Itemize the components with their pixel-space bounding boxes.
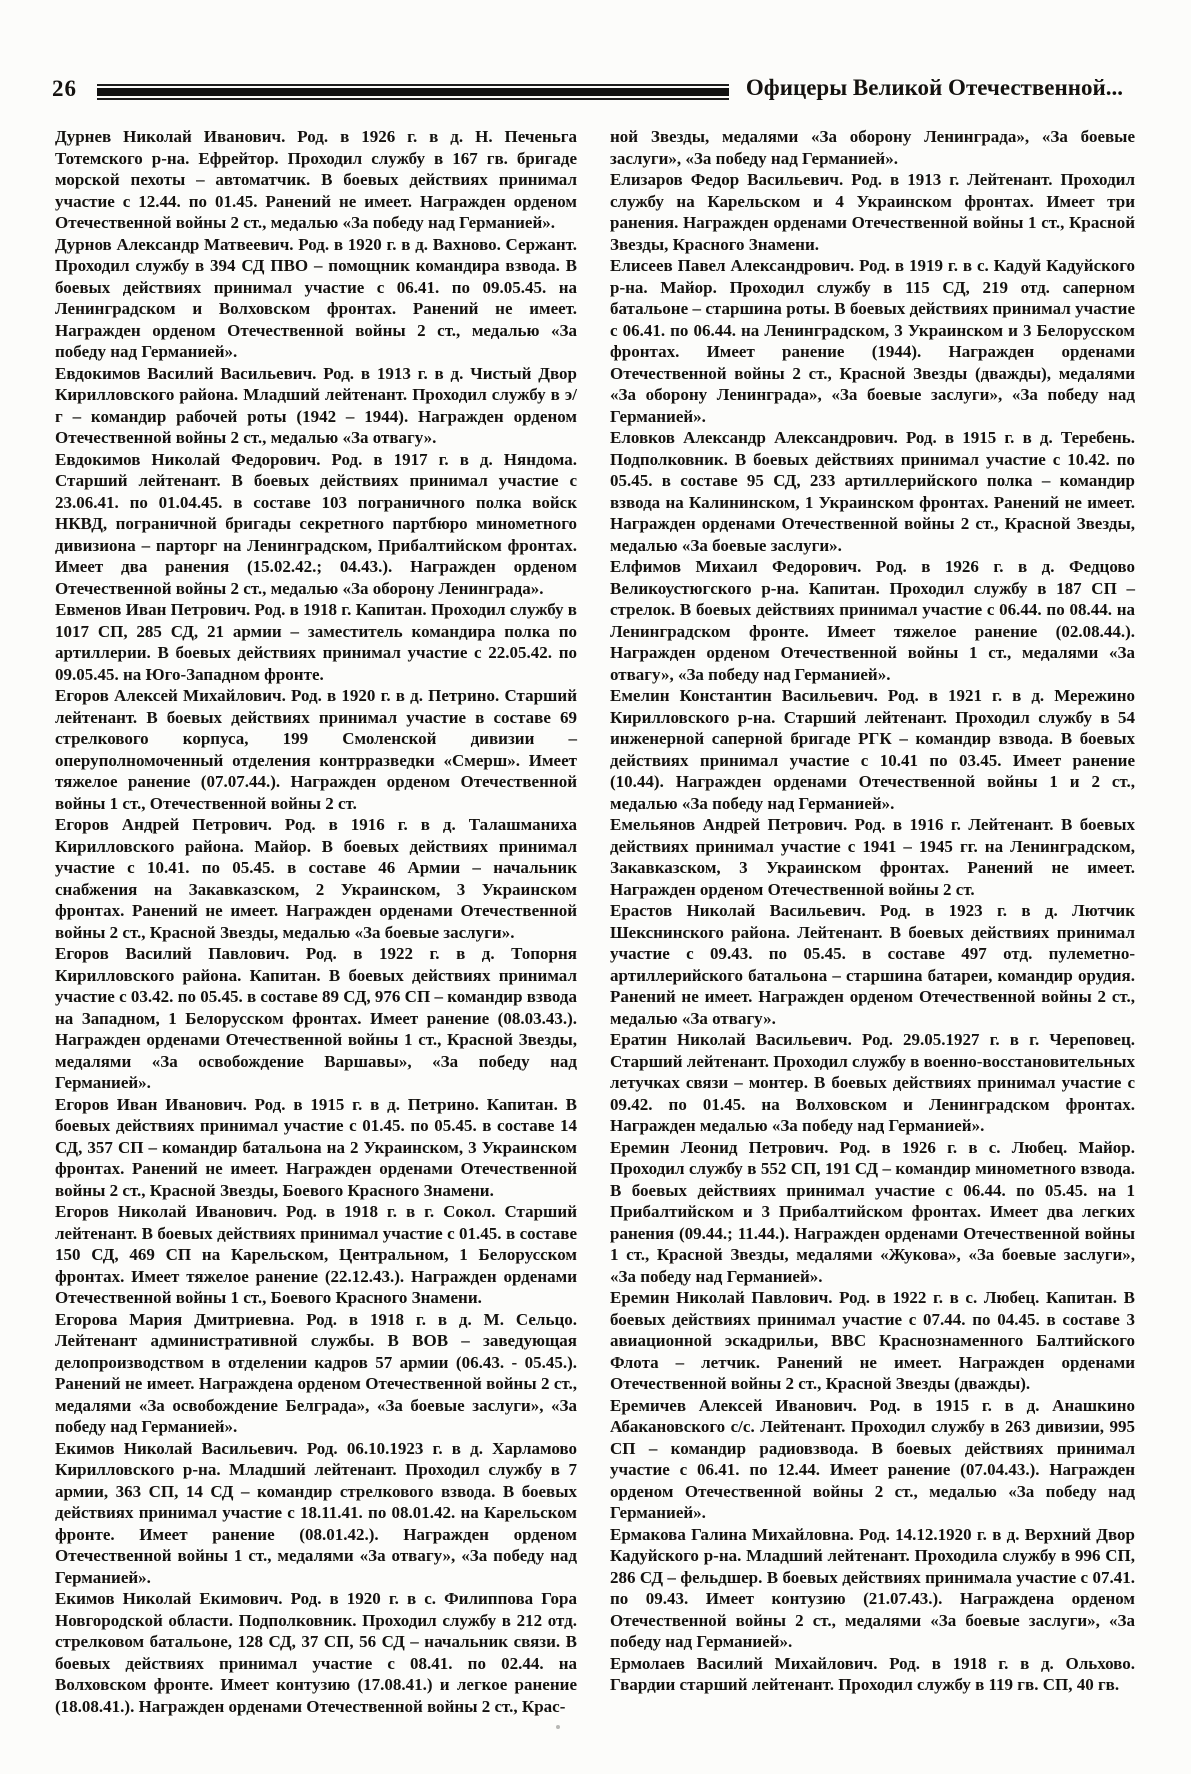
entry-paragraph: Дурнов Александр Матвеевич. Род. в 1920 … — [55, 234, 577, 363]
entry-paragraph: Елисеев Павел Александрович. Род. в 1919… — [610, 255, 1135, 427]
entry-paragraph: Ерастов Николай Васильевич. Род. в 1923 … — [610, 900, 1135, 1029]
entry-paragraph: Егоров Василий Павлович. Род. в 1922 г. … — [55, 943, 577, 1094]
entry-paragraph: Егоров Алексей Михайлович. Род. в 1920 г… — [55, 685, 577, 814]
scan-artifact-dot — [556, 1725, 560, 1729]
entry-paragraph: Егорова Мария Дмитриевна. Род. в 1918 г.… — [55, 1309, 577, 1438]
text-column-right: ной Звезды, медалями «За оборону Ленингр… — [610, 126, 1135, 1696]
entry-paragraph: Евдокимов Василий Васильевич. Род. в 191… — [55, 363, 577, 449]
entry-paragraph: Ермолаев Василий Михайлович. Род. в 1918… — [610, 1653, 1135, 1696]
entry-paragraph: Екимов Николай Екимович. Род. в 1920 г. … — [55, 1588, 577, 1717]
page-number: 26 — [52, 76, 77, 102]
header-rule-thick — [97, 88, 729, 96]
entry-paragraph: Евдокимов Николай Федорович. Род. в 1917… — [55, 449, 577, 600]
entry-paragraph: Еремин Николай Павлович. Род. в 1922 г. … — [610, 1287, 1135, 1395]
entry-paragraph: Егоров Николай Иванович. Род. в 1918 г. … — [55, 1201, 577, 1309]
header-rule-thin-bottom — [97, 98, 729, 100]
entry-paragraph: Евменов Иван Петрович. Род. в 1918 г. Ка… — [55, 599, 577, 685]
entry-paragraph: Елфимов Михаил Федорович. Род. в 1926 г.… — [610, 556, 1135, 685]
entry-paragraph: Екимов Николай Васильевич. Род. 06.10.19… — [55, 1438, 577, 1589]
entry-paragraph: ной Звезды, медалями «За оборону Ленингр… — [610, 126, 1135, 169]
entry-paragraph: Елизаров Федор Васильевич. Род. в 1913 г… — [610, 169, 1135, 255]
entry-paragraph: Емелин Константин Васильевич. Род. в 192… — [610, 685, 1135, 814]
running-title: Офицеры Великой Отечественной... — [746, 75, 1123, 101]
entry-paragraph: Дурнев Николай Иванович. Род. в 1926 г. … — [55, 126, 577, 234]
entry-paragraph: Еловков Александр Александрович. Род. в … — [610, 427, 1135, 556]
scanned-book-page: 26 Офицеры Великой Отечественной... Дурн… — [0, 0, 1191, 1774]
entry-paragraph: Емельянов Андрей Петрович. Род. в 1916 г… — [610, 814, 1135, 900]
header-rule — [97, 84, 729, 101]
entry-paragraph: Ератин Николай Васильевич. Род. 29.05.19… — [610, 1029, 1135, 1137]
entry-paragraph: Еремичев Алексей Иванович. Род. в 1915 г… — [610, 1395, 1135, 1524]
entry-paragraph: Ермакова Галина Михайловна. Род. 14.12.1… — [610, 1524, 1135, 1653]
text-column-left: Дурнев Николай Иванович. Род. в 1926 г. … — [55, 126, 577, 1717]
entry-paragraph: Еремин Леонид Петрович. Род. в 1926 г. в… — [610, 1137, 1135, 1288]
header-rule-thin-top — [97, 84, 729, 86]
entry-paragraph: Егоров Иван Иванович. Род. в 1915 г. в д… — [55, 1094, 577, 1202]
entry-paragraph: Егоров Андрей Петрович. Род. в 1916 г. в… — [55, 814, 577, 943]
